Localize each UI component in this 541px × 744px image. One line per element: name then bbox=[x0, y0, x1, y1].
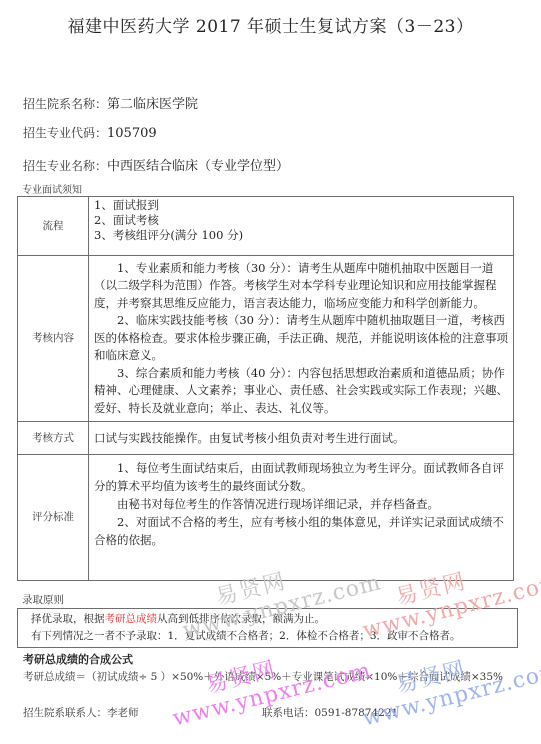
major-code-label: 招生专业代码： bbox=[23, 126, 107, 140]
department-label: 招生院系名称： bbox=[23, 97, 107, 111]
row-label: 评分标准 bbox=[18, 455, 89, 581]
scoring-paragraph: 1、每位考生面试结束后，由面试教师现场独立为考生评分。面试教师各自评分的算术平均… bbox=[94, 459, 508, 495]
table-row-method: 考核方式 口试与实践技能操作。由复试考核小组负责对考生进行面试。 bbox=[18, 422, 514, 455]
contact-person: 招生院系联系人：李老师 bbox=[23, 705, 139, 720]
content-paragraph: 2、临床实践技能考核（30 分）：请考生从题库中随机抽取题目一道，考核西医的体格… bbox=[94, 312, 508, 365]
process-step: 1、面试报到 bbox=[94, 198, 508, 213]
process-step: 2、面试考核 bbox=[94, 213, 508, 228]
document-title: 福建中医药大学 2017 年硕士生复试方案（3－23） bbox=[0, 12, 541, 37]
admission-line-2: 有下列情况之一者不予录取：1．复试成绩不合格者；2．体检不合格者；3．政审不合格… bbox=[31, 628, 508, 645]
table-row-content: 考核内容 1、专业素质和能力考核（30 分）：请考生从题库中随机抽取中医题目一道… bbox=[18, 256, 514, 422]
row-content: 1、专业素质和能力考核（30 分）：请考生从题库中随机抽取中医题目一道（以二级学… bbox=[89, 256, 514, 422]
row-label: 考核方式 bbox=[18, 422, 89, 455]
admission-text: 从高到低排序依次录取，额满为止。 bbox=[157, 613, 325, 625]
department-line: 招生院系名称：第二临床医学院 bbox=[23, 93, 198, 112]
interview-section-label: 专业面试须知 bbox=[22, 181, 82, 196]
interview-table: 流程 1、面试报到 2、面试考核 3、考核组评分(满分 100 分) 考核内容 … bbox=[17, 196, 514, 581]
row-label: 流程 bbox=[18, 197, 89, 256]
admission-text: 择优录取，根据 bbox=[31, 613, 105, 625]
major-code-value: 105709 bbox=[107, 126, 157, 141]
major-name-label: 招生专业名称： bbox=[23, 159, 107, 173]
row-content: 口试与实践技能操作。由复试考核小组负责对考生进行面试。 bbox=[89, 422, 514, 455]
row-content: 1、面试报到 2、面试考核 3、考核组评分(满分 100 分) bbox=[89, 197, 514, 256]
major-code-line: 招生专业代码：105709 bbox=[23, 124, 157, 141]
table-row-scoring: 评分标准 1、每位考生面试结束后，由面试教师现场独立为考生评分。面试教师各自评分… bbox=[18, 455, 514, 581]
row-content: 1、每位考生面试结束后，由面试教师现场独立为考生评分。面试教师各自评分的算术平均… bbox=[89, 455, 514, 581]
scoring-paragraph: 由秘书对每位考生的作答情况进行现场详细记录，并存档备查。 bbox=[94, 495, 508, 513]
major-name-line: 招生专业名称：中西医结合临床（专业学位型） bbox=[23, 155, 289, 174]
table-row-process: 流程 1、面试报到 2、面试考核 3、考核组评分(满分 100 分) bbox=[18, 197, 514, 256]
contact-phone: 联系电话：0591-87874221 bbox=[262, 705, 398, 720]
admission-line-1: 择优录取，根据考研总成绩从高到低排序依次录取，额满为止。 bbox=[31, 611, 508, 628]
formula-title: 考研总成绩的合成公式 bbox=[23, 651, 133, 667]
total-score-highlight: 考研总成绩 bbox=[105, 613, 158, 625]
admission-label: 录取原则 bbox=[22, 592, 64, 607]
content-paragraph: 1、专业素质和能力考核（30 分）：请考生从题库中随机抽取中医题目一道（以二级学… bbox=[94, 260, 508, 313]
process-step: 3、考核组评分(满分 100 分) bbox=[94, 228, 508, 243]
row-label: 考核内容 bbox=[18, 256, 89, 422]
content-paragraph: 3、综合素质和能力考核（40 分）：内容包括思想政治素质和道德品质；协作精神、心… bbox=[94, 365, 508, 418]
admission-box: 择优录取，根据考研总成绩从高到低排序依次录取，额满为止。 有下列情况之一者不予录… bbox=[17, 608, 518, 648]
scoring-paragraph: 2、对面试不合格的考生，应有考核小组的集体意见，并详实记录面试成绩不合格的依据。 bbox=[94, 513, 508, 549]
formula-text: 考研总成绩＝（初试成绩÷ 5 ）×50%＋外语成绩×5%＋专业课笔试成绩×10%… bbox=[23, 668, 515, 686]
major-name-value: 中西医结合临床（专业学位型） bbox=[107, 159, 289, 174]
department-value: 第二临床医学院 bbox=[107, 97, 198, 112]
